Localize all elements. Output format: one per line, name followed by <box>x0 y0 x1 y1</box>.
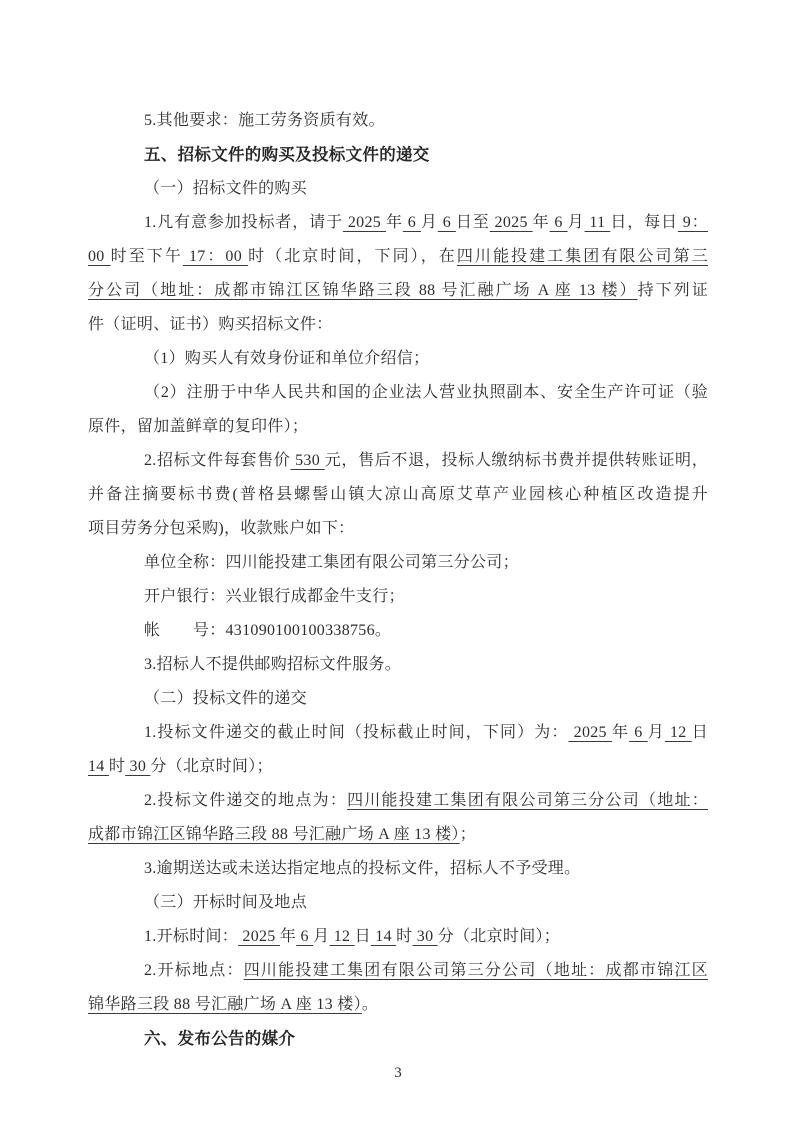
text-segment: 2.招标文件每套售价 <box>144 452 290 469</box>
bid-location-line-1: 2.投标文件递交的地点为：四川能投建工集团有限公司第三分公司（地址： <box>88 784 708 818</box>
page-number: 3 <box>88 1056 708 1090</box>
underlined-value: 6 <box>629 724 648 741</box>
underlined-value: 6 <box>550 214 568 231</box>
underlined-value: 17：00 <box>183 248 248 265</box>
underlined-value: 30 <box>125 758 150 775</box>
subsection-1-heading: （一）招标文件的购买 <box>88 172 708 206</box>
subsection-3-heading: （三）开标时间及地点 <box>88 886 708 920</box>
text-segment: 年 <box>280 928 296 945</box>
text-segment: 单位全称：四川能投建工集团有限公司第三分公司； <box>144 554 519 571</box>
underlined-value: 四川能投建工集团有限公司第三分公司（地址：成都市锦江区 <box>244 962 708 979</box>
underlined-value: 分公司（地址：成都市锦江区锦华路三段 88 号汇融广场 A 座 13 楼） <box>88 282 638 299</box>
bid-deadline-line-1: 1.投标文件递交的截止时间（投标截止时间，下同）为： 2025 年 6 月 12… <box>88 716 708 750</box>
text-segment: 分（北京时间）； <box>150 758 272 775</box>
section-6-heading: 六、发布公告的媒介 <box>88 1022 708 1056</box>
text-segment: 时 <box>396 928 412 945</box>
credential-item-2-line-2: 原件，留加盖鲜章的复印件）； <box>88 410 708 444</box>
underlined-value: 9： <box>678 214 708 231</box>
text-segment: （三）开标时间及地点 <box>144 894 307 911</box>
underlined-value: 2025 <box>343 214 386 231</box>
underlined-value: 2025 <box>238 928 280 945</box>
purchase-period-line-4: 件（证明、证书）购买招标文件： <box>88 308 708 342</box>
credential-item-1: （1）购买人有效身份证和单位介绍信； <box>88 342 708 376</box>
text-segment: 日，每日 <box>610 214 678 231</box>
underlined-value: 12 <box>329 928 354 945</box>
underlined-value: 成都市锦江区锦华路三段 88 号汇融广场 A 座 13 楼） <box>88 826 460 843</box>
text-segment: 年 <box>612 724 629 741</box>
bid-location-line-2: 成都市锦江区锦华路三段 88 号汇融广场 A 座 13 楼）； <box>88 818 708 852</box>
underlined-value: 530 <box>290 452 324 469</box>
account-company-name: 单位全称：四川能投建工集团有限公司第三分公司； <box>88 546 708 580</box>
text-segment: 月 <box>421 214 438 231</box>
text-segment: 1.投标文件递交的截止时间（投标截止时间，下同）为： <box>144 724 569 741</box>
underlined-value: 6 <box>403 214 421 231</box>
opening-location-line-1: 2.开标地点：四川能投建工集团有限公司第三分公司（地址：成都市锦江区 <box>88 954 708 988</box>
text-segment: 月 <box>568 214 585 231</box>
text-segment: （2）注册于中华人民共和国的企业法人营业执照副本、安全生产许可证（验 <box>144 384 708 401</box>
doc-price-line-1: 2.招标文件每套售价 530 元，售后不退，投标人缴纳标书费并提供转账证明， <box>88 444 708 478</box>
underlined-value: 四川能投建工集团有限公司第三分公司（地址： <box>347 792 708 809</box>
text-segment: 。 <box>362 996 378 1013</box>
credential-item-2-line-1: （2）注册于中华人民共和国的企业法人营业执照副本、安全生产许可证（验 <box>88 376 708 410</box>
bid-deadline-line-2: 14 时 30 分（北京时间）； <box>88 750 708 784</box>
text-segment: 日 <box>692 724 708 741</box>
text-segment: 3.招标人不提供邮购招标文件服务。 <box>144 656 401 673</box>
text-segment: 月 <box>648 724 665 741</box>
text-segment: 分（北京时间）； <box>438 928 560 945</box>
text-segment: 日 <box>355 928 371 945</box>
text-segment: 并备注摘要标书费(普格县螺髻山镇大凉山高原艾草产业园核心种植区改造提升 <box>88 486 708 503</box>
late-delivery-line: 3.逾期送达或未送达指定地点的投标文件，招标人不予受理。 <box>88 852 708 886</box>
text-segment: 元，售后不退，投标人缴纳标书费并提供转账证明， <box>325 452 708 469</box>
underlined-value: 2025 <box>569 724 612 741</box>
underlined-value: 12 <box>665 724 692 741</box>
text-segment: ； <box>460 826 476 843</box>
underlined-value: 14 <box>371 928 396 945</box>
doc-price-line-2: 并备注摘要标书费(普格县螺髻山镇大凉山高原艾草产业园核心种植区改造提升 <box>88 478 708 512</box>
text-segment: 1.开标时间： <box>144 928 238 945</box>
underlined-value: 00 <box>88 248 111 265</box>
text-segment: 月 <box>313 928 329 945</box>
underlined-value: 11 <box>585 214 611 231</box>
purchase-period-line-1: 1.凡有意参加投标者，请于 2025 年 6 月 6 日至 2025 年 6 月… <box>88 206 708 240</box>
underlined-value: 四川能投建工集团有限公司第三 <box>457 248 708 265</box>
text-segment: （一）招标文件的购买 <box>144 180 307 197</box>
text-segment: 开户银行：兴业银行成都金牛支行； <box>144 588 405 605</box>
text-segment: 日至 <box>456 214 490 231</box>
underlined-value: 6 <box>296 928 313 945</box>
underlined-value: 6 <box>438 214 456 231</box>
text-segment: 原件，留加盖鲜章的复印件）； <box>88 418 308 435</box>
purchase-period-line-2: 00 时至下午 17：00 时（北京时间，下同），在四川能投建工集团有限公司第三 <box>88 240 708 274</box>
opening-time-line: 1.开标时间： 2025 年 6 月 12 日 14 时 30 分（北京时间）； <box>88 920 708 954</box>
section-5-heading: 五、招标文件的购买及投标文件的递交 <box>88 138 708 172</box>
underlined-value: 2025 <box>490 214 533 231</box>
no-mail-order-line: 3.招标人不提供邮购招标文件服务。 <box>88 648 708 682</box>
text-segment: 持下列证 <box>638 282 708 299</box>
underlined-value: 14 <box>88 758 109 775</box>
text-segment: 5.其他要求：施工劳务资质有效。 <box>144 112 385 129</box>
text-segment: 1.凡有意参加投标者，请于 <box>144 214 343 231</box>
text-segment: 3.逾期送达或未送达指定地点的投标文件，招标人不予受理。 <box>144 860 580 877</box>
text-segment: 年 <box>386 214 403 231</box>
underlined-value: 30 <box>412 928 437 945</box>
text-segment: 时（北京时间，下同），在 <box>248 248 457 265</box>
purchase-period-line-3: 分公司（地址：成都市锦江区锦华路三段 88 号汇融广场 A 座 13 楼）持下列… <box>88 274 708 308</box>
other-requirements-line: 5.其他要求：施工劳务资质有效。 <box>88 104 708 138</box>
document-body: 5.其他要求：施工劳务资质有效。五、招标文件的购买及投标文件的递交（一）招标文件… <box>88 104 708 1056</box>
text-segment: 2.投标文件递交的地点为： <box>144 792 347 809</box>
text-segment: （1）购买人有效身份证和单位介绍信； <box>144 350 429 367</box>
account-bank-name: 开户银行：兴业银行成都金牛支行； <box>88 580 708 614</box>
text-segment: 2.开标地点： <box>144 962 244 979</box>
text-segment: 六、发布公告的媒介 <box>144 1030 295 1048</box>
text-segment: 五、招标文件的购买及投标文件的递交 <box>144 146 430 164</box>
text-segment: 时至下午 <box>111 248 183 265</box>
text-segment: 年 <box>533 214 550 231</box>
underlined-value: 锦华路三段 88 号汇融广场 A 座 13 楼） <box>88 996 362 1013</box>
document-page: 5.其他要求：施工劳务资质有效。五、招标文件的购买及投标文件的递交（一）招标文件… <box>0 0 794 1122</box>
text-segment: （二）投标文件的递交 <box>144 690 307 707</box>
text-segment: 件（证明、证书）购买招标文件： <box>88 316 333 333</box>
opening-location-line-2: 锦华路三段 88 号汇融广场 A 座 13 楼）。 <box>88 988 708 1022</box>
subsection-2-heading: （二）投标文件的递交 <box>88 682 708 716</box>
account-number-line: 帐 号：431090100100338756。 <box>88 614 708 648</box>
text-segment: 项目劳务分包采购)，收款账户如下： <box>88 520 354 537</box>
text-segment: 帐 号：431090100100338756。 <box>144 622 391 639</box>
text-segment: 时 <box>109 758 125 775</box>
doc-price-line-3: 项目劳务分包采购)，收款账户如下： <box>88 512 708 546</box>
